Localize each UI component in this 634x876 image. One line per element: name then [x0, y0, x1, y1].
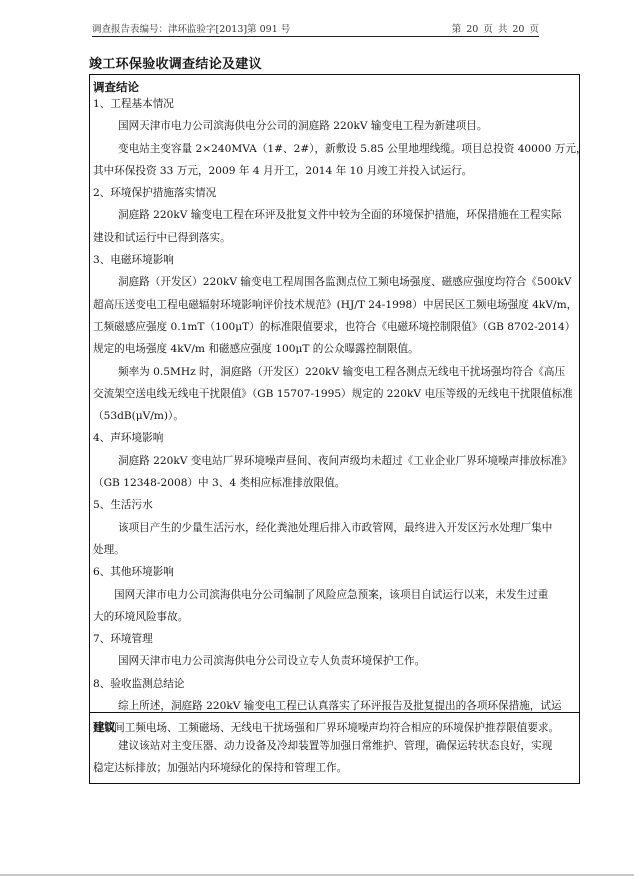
section-item-heading: 7、环境管理	[90, 628, 579, 650]
text-line: 频率为 0.5MHz 时，洞庭路（开发区）220kV 输变电工程各测点无线电干扰…	[90, 361, 579, 383]
section-item-heading: 1、工程基本情况	[90, 93, 579, 115]
text-line: 国网天津市电力公司滨海供电分公司的洞庭路 220kV 输变电工程为新建项目。	[90, 115, 579, 137]
text-line: 国网天津市电力公司滨海供电分公司编制了风险应急预案，该项目自试运行以来，未发生过…	[90, 584, 579, 606]
page-info: 第 20 页 共 20 页	[452, 21, 539, 35]
conclusion-table: 调查结论 1、工程基本情况国网天津市电力公司滨海供电分公司的洞庭路 220kV …	[89, 74, 580, 784]
text-line: 工频磁感应强度 0.1mT（100μT）的标准限值要求，也符合《电磁环境控制限值…	[90, 316, 579, 338]
report-number: 调查报告表编号：津环监验字[2013]第 091 号	[92, 21, 290, 35]
text-line: 超高压送变电工程电磁辐射环境影响评价技术规范》(HJ/T 24-1998）中居民…	[90, 294, 579, 316]
section-item-heading: 4、声环境影响	[90, 427, 579, 449]
text-line: 规定的电场强度 4kV/m 和磁感应强度 100μT 的公众曝露控制限值。	[90, 338, 579, 360]
text-line: 该项目产生的少量生活污水，经化粪池处理后排入市政管网，最终进入开发区污水处理厂集…	[90, 517, 579, 539]
text-line: 变电站主变容量 2×240MVA（1#、2#），新敷设 5.85 公里地埋线缆。…	[90, 138, 579, 160]
text-line: 洞庭路 220kV 变电站厂界环境噪声昼间、夜间声级均未超过《工业企业厂界环境噪…	[90, 450, 579, 472]
conclusion-heading: 调查结论	[90, 75, 579, 93]
text-line: 交流架空送电线无线电干扰限值》（GB 15707-1995）规定的 220kV …	[90, 383, 579, 405]
text-line: 建设和试运行中已得到落实。	[90, 227, 579, 249]
text-line: 建议该站对主变压器、动力设备及冷却装置等加强日常维护、管理，确保运转状态良好，实…	[90, 735, 579, 757]
conclusion-body: 1、工程基本情况国网天津市电力公司滨海供电分公司的洞庭路 220kV 输变电工程…	[90, 93, 579, 740]
text-line: 洞庭路（开发区）220kV 输变电工程周围各监测点位工频电场强度、磁感应强度均符…	[90, 271, 579, 293]
suggestion-heading: 建议	[90, 713, 579, 735]
section-item-heading: 8、验收监测总结论	[90, 673, 579, 695]
section-item-heading: 2、环境保护措施落实情况	[90, 182, 579, 204]
text-line: （GB 12348-2008）中 3、4 类相应标准排放限值。	[90, 472, 579, 494]
text-line: （53dB(μV/m)）。	[90, 405, 579, 427]
text-line: 处理。	[90, 539, 579, 561]
suggestion-section: 建议 建议该站对主变压器、动力设备及冷却装置等加强日常维护、管理，确保运转状态良…	[90, 713, 579, 780]
text-line: 洞庭路 220kV 输变电工程在环评及批复文件中较为全面的环境保护措施，环保措施…	[90, 204, 579, 226]
section-item-heading: 3、电磁环境影响	[90, 249, 579, 271]
text-line: 国网天津市电力公司滨海供电分公司设立专人负责环境保护工作。	[90, 650, 579, 672]
section-item-heading: 5、生活污水	[90, 494, 579, 516]
text-line: 大的环境风险事故。	[90, 606, 579, 628]
section-item-heading: 6、其他环境影响	[90, 561, 579, 583]
text-line: 其中环保投资 33 万元，2009 年 4 月开工，2014 年 10 月竣工并…	[90, 160, 579, 182]
text-line: 稳定达标排放；加强站内环境绿化的保持和管理工作。	[90, 757, 579, 779]
conclusion-section: 调查结论 1、工程基本情况国网天津市电力公司滨海供电分公司的洞庭路 220kV …	[90, 75, 579, 713]
suggestion-body: 建议该站对主变压器、动力设备及冷却装置等加强日常维护、管理，确保运转状态良好，实…	[90, 735, 579, 780]
page-header: 调查报告表编号：津环监验字[2013]第 091 号 第 20 页 共 20 页	[92, 19, 539, 37]
document-title: 竣工环保验收调查结论及建议	[89, 53, 262, 72]
